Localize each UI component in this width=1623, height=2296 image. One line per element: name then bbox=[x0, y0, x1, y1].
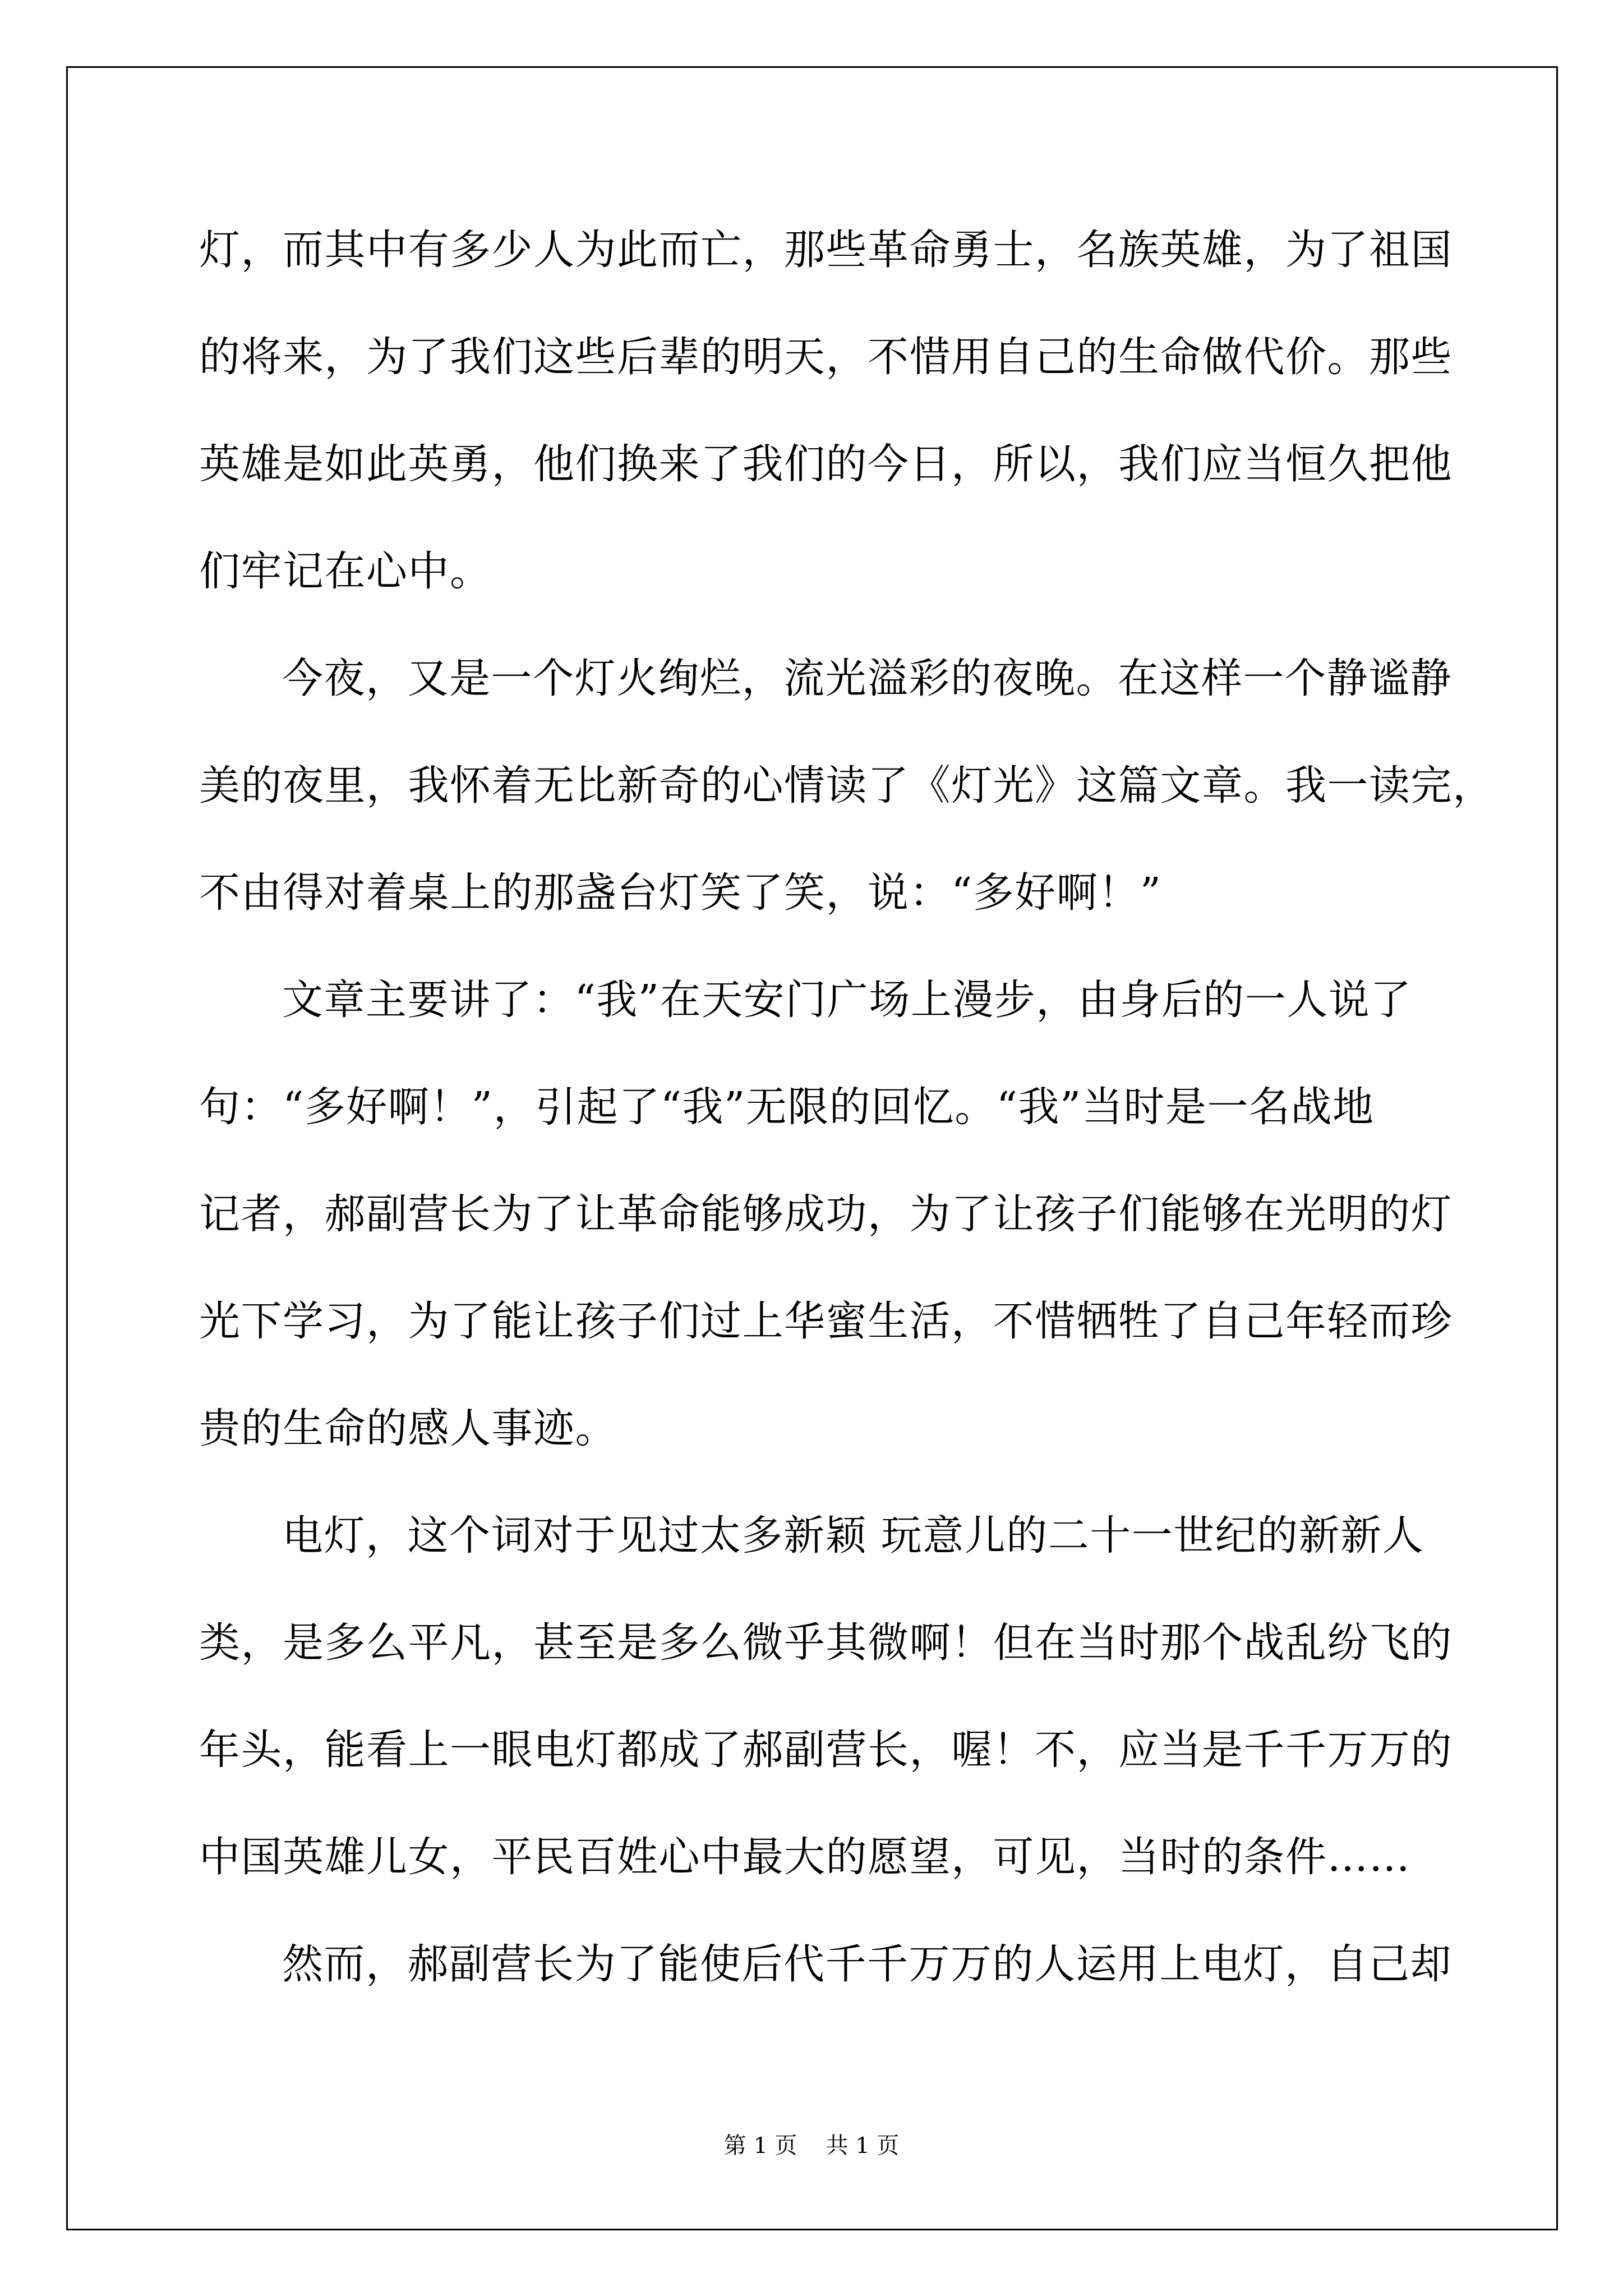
text-line: 文章主要讲了：“我”在天安门广场上漫步，由身后的一人说了 bbox=[282, 972, 1412, 1028]
text-line: 电灯，这个词对于见过太多新颖 玩意儿的二十一世纪的新新人 bbox=[282, 1508, 1424, 1564]
text-line: 记者，郝副营长为了让革命能够成功，为了让孩子们能够在光明的灯 bbox=[199, 1186, 1453, 1243]
text-line: 的将来，为了我们这些后辈的明天，不惜用自己的生命做代价。那些 bbox=[199, 329, 1453, 385]
text-line: 今夜，又是一个灯火绚烂，流光溢彩的夜晚。在这样一个静谧静 bbox=[282, 651, 1452, 707]
text-line: 不由得对着桌上的那盏台灯笑了笑，说：“多好啊！” bbox=[199, 865, 1162, 921]
text-line: 句：“多好啊！”，引起了“我”无限的回忆。“我”当时是一名战地 bbox=[199, 1079, 1374, 1135]
text-line: 贵的生命的感人事迹。 bbox=[199, 1401, 617, 1457]
text-line: 类，是多么平凡，甚至是多么微乎其微啊！但在当时那个战乱纷飞的 bbox=[199, 1615, 1453, 1671]
text-line: 美的夜里，我怀着无比新奇的心情读了《灯光》这篇文章。我一读完， bbox=[199, 758, 1495, 814]
text-line: 灯，而其中有多少人为此而亡，那些革命勇士，名族英雄，为了祖国 bbox=[199, 222, 1453, 278]
page-number-footer: 第 1 页 共 1 页 bbox=[0, 2129, 1623, 2162]
text-line: 们牢记在心中。 bbox=[199, 544, 492, 600]
text-line: 然而，郝副营长为了能使后代千千万万的人运用上电灯，自己却 bbox=[282, 1936, 1452, 1993]
text-line: 英雄是如此英勇，他们换来了我们的今日，所以，我们应当恒久把他 bbox=[199, 436, 1453, 493]
text-line: 光下学习，为了能让孩子们过上华蜜生活，不惜牺牲了自己年轻而珍 bbox=[199, 1294, 1453, 1350]
text-line: 年头，能看上一眼电灯都成了郝副营长，喔！不，应当是千千万万的 bbox=[199, 1722, 1453, 1778]
page-frame bbox=[66, 66, 1558, 2230]
text-line: 中国英雄儿女，平民百姓心中最大的愿望，可见，当时的条件…… bbox=[199, 1829, 1411, 1885]
